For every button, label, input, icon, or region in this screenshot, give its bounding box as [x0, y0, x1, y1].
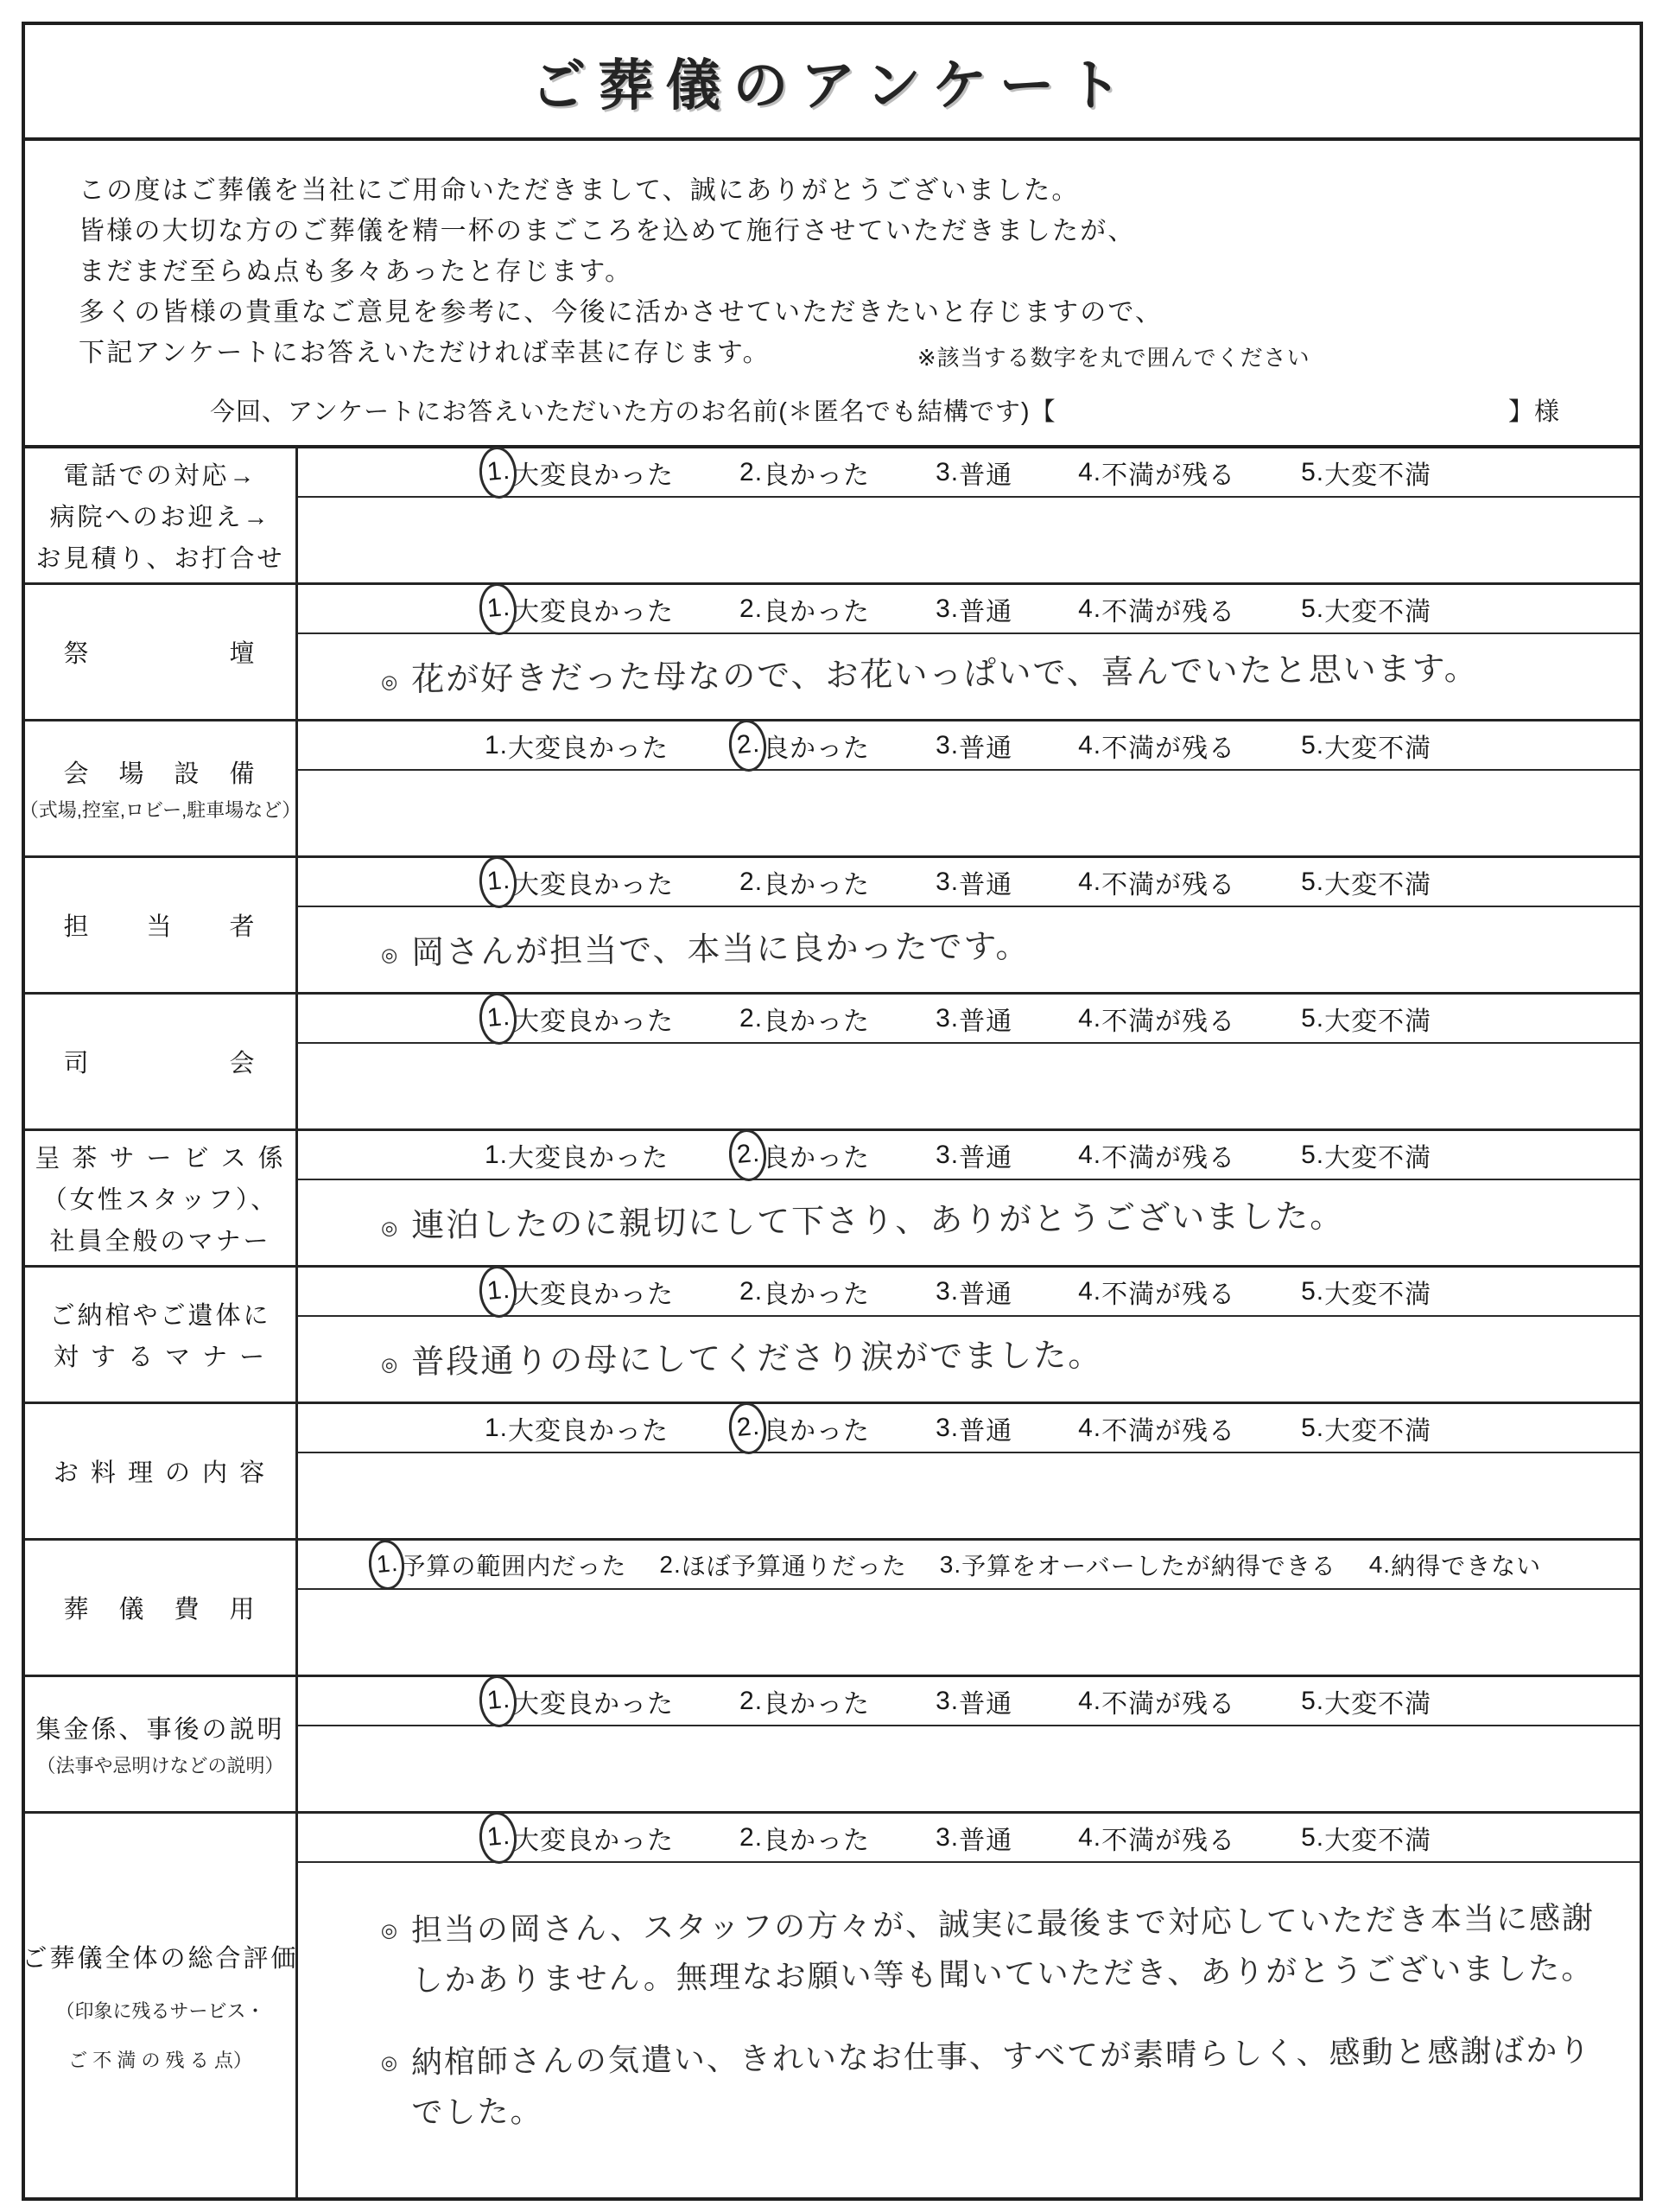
- option-number: 5.: [1301, 1823, 1324, 1853]
- option-label: 大変不満: [1324, 454, 1431, 492]
- comment-area: [298, 498, 1640, 582]
- option-item[interactable]: 2.良かった: [739, 1000, 870, 1038]
- option-item[interactable]: 4.不満が残る: [1078, 1273, 1235, 1311]
- option-number: 1.: [485, 731, 508, 760]
- comment-bullet-icon: ◎: [381, 2051, 397, 2074]
- option-label: 大変不満: [1324, 1136, 1431, 1174]
- option-label: 不満が残る: [1101, 1409, 1235, 1447]
- intro-line: 多くの皆様の貴重なご意見を参考に、今後に活かさせていただきたいと存じますので、: [79, 292, 1605, 333]
- option-label: 大変不満: [1324, 1000, 1431, 1038]
- intro-section: この度はご葬儀を当社にご用命いただきまして、誠にありがとうございました。 皆様の…: [25, 141, 1640, 448]
- option-number: 2.: [739, 1687, 763, 1716]
- name-line-suffix: 】様: [1508, 392, 1560, 428]
- row-label-line: 葬 儀 費 用: [63, 1590, 257, 1625]
- row-label-line: 司 会: [63, 1044, 257, 1079]
- option-number: 2.: [739, 1823, 763, 1853]
- option-label: 大変良かった: [508, 1409, 669, 1447]
- option-number: 3.: [936, 1277, 959, 1306]
- option-item[interactable]: 5.大変不満: [1301, 863, 1431, 901]
- option-item[interactable]: 1.予算の範囲内だった: [374, 1548, 626, 1582]
- option-label: 不満が残る: [1101, 590, 1235, 628]
- row-right-cell: 1.大変良かった2.良かった3.普通4.不満が残る5.大変不満: [298, 721, 1640, 855]
- option-item[interactable]: 3.普通: [936, 863, 1012, 901]
- option-number: 1.: [485, 1141, 508, 1170]
- option-number: 3.: [936, 731, 959, 760]
- option-item[interactable]: 2.良かった: [739, 1819, 870, 1857]
- page-title: ご葬儀のアンケート: [530, 41, 1133, 121]
- option-label: 予算をオーバーしたが納得できる: [961, 1548, 1336, 1582]
- option-label: 大変不満: [1324, 1819, 1431, 1857]
- option-item[interactable]: 2.良かった: [734, 1136, 870, 1174]
- row-label-line: 対 す る マ ナ ー: [54, 1338, 267, 1373]
- option-label: 普通: [959, 1819, 1012, 1857]
- option-label: 良かった: [763, 1409, 870, 1447]
- survey-row: 電話での対応→病院へのお迎え→お見積り、お打合せ 1.大変良かった2.良かった3…: [25, 448, 1640, 585]
- option-label: 大変不満: [1324, 1409, 1431, 1447]
- option-label: 不満が残る: [1101, 1819, 1235, 1857]
- comment-area: [298, 1590, 1640, 1675]
- option-number: 4.: [1078, 458, 1101, 487]
- options-row: 1.大変良かった2.良かった3.普通4.不満が残る5.大変不満: [298, 1814, 1640, 1863]
- handwritten-comment: ◎花が好きだった母なので、お花いっぱいで、喜んでいたと思います。: [381, 645, 1614, 705]
- comment-area: [298, 1453, 1640, 1538]
- name-line-prefix: 今回、アンケートにお答えいただいた方のお名前(＊匿名でも結構です)【: [210, 392, 1056, 428]
- option-label: 不満が残る: [1101, 454, 1235, 492]
- handwritten-comment: ◎担当の岡さん、スタッフの方々が、誠実に最後まで対応していただき本当に感謝しかあ…: [380, 1893, 1614, 2005]
- comment-area: [298, 1726, 1640, 1811]
- option-item[interactable]: 4.納得できない: [1369, 1548, 1541, 1582]
- option-item[interactable]: 3.普通: [936, 1136, 1012, 1174]
- option-label: 予算の範囲内だった: [401, 1548, 626, 1582]
- intro-line: 下記アンケートにお答えいただければ幸甚に存じます。 ※該当する数字を丸で囲んでく…: [79, 333, 1605, 373]
- options-row: 1.大変良かった2.良かった3.普通4.不満が残る5.大変不満: [298, 721, 1640, 771]
- comment-area: [298, 1044, 1640, 1128]
- option-item[interactable]: 5.大変不満: [1301, 1000, 1431, 1038]
- survey-row: 会 場 設 備（式場,控室,ロビー,駐車場など） 1.大変良かった2.良かった3…: [25, 721, 1640, 858]
- option-item[interactable]: 4.不満が残る: [1078, 1682, 1235, 1720]
- row-right-cell: 1.大変良かった2.良かった3.普通4.不満が残る5.大変不満 ◎花が好きだった…: [298, 585, 1640, 719]
- option-label: 良かった: [763, 1682, 870, 1720]
- option-number: 3.: [936, 1823, 959, 1853]
- intro-line-text: 下記アンケートにお答えいただければ幸甚に存じます。: [79, 333, 771, 373]
- option-item[interactable]: 5.大変不満: [1301, 1682, 1431, 1720]
- row-label-line: お 料 理 の 内 容: [54, 1453, 267, 1489]
- option-item[interactable]: 5.大変不満: [1301, 1273, 1431, 1311]
- option-label: 大変良かった: [513, 454, 674, 492]
- option-item[interactable]: 5.大変不満: [1301, 727, 1431, 765]
- option-item[interactable]: 1.大変良かった: [485, 1000, 674, 1038]
- option-label: 大変良かった: [508, 727, 669, 765]
- title-box: ご葬儀のアンケート: [25, 25, 1640, 141]
- option-item[interactable]: 2.良かった: [739, 1273, 870, 1311]
- option-item[interactable]: 1.大変良かった: [485, 1819, 674, 1857]
- option-label: 良かった: [763, 863, 870, 901]
- option-label: 良かった: [763, 590, 870, 628]
- row-label: ご葬儀全体の総合評価（印象に残るサービス・ご 不 満 の 残 る 点）: [25, 1814, 298, 2197]
- option-item[interactable]: 2.良かった: [739, 590, 870, 628]
- option-number: 5.: [1301, 458, 1324, 487]
- option-label: 不満が残る: [1101, 1000, 1235, 1038]
- intro-line: まだまだ至らぬ点も多々あったと存じます。: [79, 251, 1605, 292]
- options-row: 1.大変良かった2.良かった3.普通4.不満が残る5.大変不満: [298, 858, 1640, 907]
- row-right-cell: 1.大変良かった2.良かった3.普通4.不満が残る5.大変不満: [298, 995, 1640, 1128]
- option-label: 普通: [959, 1136, 1012, 1174]
- option-number: 2.: [739, 868, 763, 897]
- option-number: 5.: [1301, 1277, 1324, 1306]
- row-right-cell: 1.大変良かった2.良かった3.普通4.不満が残る5.大変不満: [298, 1677, 1640, 1811]
- option-number: 2.: [739, 458, 763, 487]
- option-label: 良かった: [763, 454, 870, 492]
- option-label: 大変不満: [1324, 1273, 1431, 1311]
- row-label-line: （女性スタッフ）、: [42, 1180, 279, 1216]
- row-right-cell: 1.大変良かった2.良かった3.普通4.不満が残る5.大変不満 ◎担当の岡さん、…: [298, 1814, 1640, 2197]
- intro-line: 皆様の大切な方のご葬儀を精一杯のまごころを込めて施行させていただきましたが、: [79, 211, 1605, 251]
- comment-text: 連泊したのに親切にして下さり、ありがとうございました。: [411, 1193, 1345, 1250]
- option-label: 大変不満: [1324, 863, 1431, 901]
- option-label: 良かった: [763, 1819, 870, 1857]
- option-item[interactable]: 2.良かった: [739, 1682, 870, 1720]
- row-label-subline: （印象に残るサービス・: [55, 1997, 264, 2024]
- option-label: 大変良かった: [513, 1000, 674, 1038]
- option-label: 大変不満: [1324, 1682, 1431, 1720]
- option-number: 3.: [940, 1551, 961, 1579]
- option-label: 大変良かった: [508, 1136, 669, 1174]
- option-number: 5.: [1301, 1141, 1324, 1170]
- option-item[interactable]: 3.普通: [936, 1273, 1012, 1311]
- instruction-note: ※該当する数字を丸で囲んでください: [917, 338, 1310, 378]
- option-item[interactable]: 3.普通: [936, 590, 1012, 628]
- option-item[interactable]: 3.普通: [936, 454, 1012, 492]
- option-item[interactable]: 1.大変良かった: [485, 863, 674, 901]
- option-label: 大変良かった: [513, 1682, 674, 1720]
- name-line: 今回、アンケートにお答えいただいた方のお名前(＊匿名でも結構です)【 】様: [79, 392, 1605, 428]
- comment-text: 普段通りの母にしてくださり涙がでました。: [411, 1332, 1103, 1387]
- comment-bullet-icon: ◎: [381, 1217, 397, 1240]
- option-item[interactable]: 5.大変不満: [1301, 1409, 1431, 1447]
- option-label: 大変良かった: [513, 1273, 674, 1311]
- handwritten-comment: ◎納棺師さんの気遣い、きれいなお仕事、すべてが素晴らしく、感動と感謝ばかりでした…: [380, 2025, 1614, 2138]
- option-item[interactable]: 5.大変不満: [1301, 590, 1431, 628]
- comment-area: ◎担当の岡さん、スタッフの方々が、誠実に最後まで対応していただき本当に感謝しかあ…: [298, 1863, 1640, 2197]
- survey-row: 葬 儀 費 用 1.予算の範囲内だった2.ほぼ予算通りだった3.予算をオーバーし…: [25, 1541, 1640, 1677]
- option-number: 4.: [1078, 1687, 1101, 1716]
- option-item[interactable]: 1.大変良かった: [485, 1409, 669, 1447]
- survey-table: 電話での対応→病院へのお迎え→お見積り、お打合せ 1.大変良かった2.良かった3…: [25, 448, 1640, 2197]
- option-item[interactable]: 1.大変良かった: [485, 1273, 674, 1311]
- survey-row: 呈 茶 サ ー ビ ス 係（女性スタッフ）、社員全般のマナー 1.大変良かった2…: [25, 1131, 1640, 1268]
- option-number: 4.: [1078, 594, 1101, 624]
- row-label: お 料 理 の 内 容: [25, 1404, 298, 1538]
- comment-area: ◎普段通りの母にしてくださり涙がでました。: [298, 1317, 1640, 1402]
- option-item[interactable]: 1.大変良かった: [485, 1136, 669, 1174]
- option-label: 不満が残る: [1101, 1136, 1235, 1174]
- option-item[interactable]: 4.不満が残る: [1078, 590, 1235, 628]
- option-label: 普通: [959, 1273, 1012, 1311]
- options-row: 1.大変良かった2.良かった3.普通4.不満が残る5.大変不満: [298, 585, 1640, 634]
- option-item[interactable]: 3.普通: [936, 1819, 1012, 1857]
- option-label: 不満が残る: [1101, 1273, 1235, 1311]
- handwritten-comment: ◎連泊したのに親切にして下さり、ありがとうございました。: [381, 1191, 1614, 1251]
- comment-text: 納棺師さんの気遣い、きれいなお仕事、すべてが素晴らしく、感動と感謝ばかりでした。: [411, 2025, 1613, 2138]
- option-number: 2.: [739, 1277, 763, 1306]
- option-item[interactable]: 4.不満が残る: [1078, 454, 1235, 492]
- option-item[interactable]: 4.不満が残る: [1078, 1136, 1235, 1174]
- option-label: 大変良かった: [513, 863, 674, 901]
- option-number: 4.: [1078, 1141, 1101, 1170]
- survey-sheet: ご葬儀のアンケート この度はご葬儀を当社にご用命いただきまして、誠にありがとうご…: [22, 22, 1643, 2201]
- option-number: 3.: [936, 868, 959, 897]
- option-label: 大変不満: [1324, 727, 1431, 765]
- option-item[interactable]: 5.大変不満: [1301, 454, 1431, 492]
- option-number: 4.: [1078, 731, 1101, 760]
- option-label: 良かった: [763, 727, 870, 765]
- option-item[interactable]: 1.大変良かった: [485, 727, 669, 765]
- options-row: 1.大変良かった2.良かった3.普通4.不満が残る5.大変不満: [298, 1268, 1640, 1317]
- options-row: 1.大変良かった2.良かった3.普通4.不満が残る5.大変不満: [298, 995, 1640, 1044]
- option-number: 4.: [1078, 1823, 1101, 1853]
- option-number: 4.: [1078, 1414, 1101, 1443]
- option-item[interactable]: 3.普通: [936, 1409, 1012, 1447]
- option-label: 普通: [959, 454, 1012, 492]
- row-label: 葬 儀 費 用: [25, 1541, 298, 1675]
- option-number: 1.: [485, 1414, 508, 1443]
- row-right-cell: 1.大変良かった2.良かった3.普通4.不満が残る5.大変不満 ◎普段通りの母に…: [298, 1268, 1640, 1402]
- row-label: ご納棺やご遺体に対 す る マ ナ ー: [25, 1268, 298, 1402]
- comment-text: 担当の岡さん、スタッフの方々が、誠実に最後まで対応していただき本当に感謝しかあり…: [411, 1893, 1613, 2005]
- row-right-cell: 1.大変良かった2.良かった3.普通4.不満が残る5.大変不満 ◎連泊したのに親…: [298, 1131, 1640, 1265]
- comment-bullet-icon: ◎: [381, 671, 397, 694]
- option-label: ほぼ予算通りだった: [682, 1548, 907, 1582]
- option-item[interactable]: 3.予算をオーバーしたが納得できる: [940, 1548, 1336, 1582]
- options-row: 1.大変良かった2.良かった3.普通4.不満が残る5.大変不満: [298, 1404, 1640, 1453]
- survey-row: お 料 理 の 内 容 1.大変良かった2.良かった3.普通4.不満が残る5.大…: [25, 1404, 1640, 1541]
- option-item[interactable]: 5.大変不満: [1301, 1819, 1431, 1857]
- row-label-line: ご葬儀全体の総合評価: [22, 1939, 299, 1974]
- comment-text: 花が好きだった母なので、お花いっぱいで、喜んでいたと思います。: [411, 646, 1479, 705]
- option-item[interactable]: 2.良かった: [734, 1409, 870, 1447]
- row-label: 担 当 者: [25, 858, 298, 992]
- option-label: 不満が残る: [1101, 727, 1235, 765]
- option-number-circled: 1.: [367, 1538, 407, 1591]
- survey-row: ご納棺やご遺体に対 す る マ ナ ー 1.大変良かった2.良かった3.普通4.…: [25, 1268, 1640, 1404]
- row-label: 呈 茶 サ ー ビ ス 係（女性スタッフ）、社員全般のマナー: [25, 1131, 298, 1265]
- option-number: 3.: [936, 1414, 959, 1443]
- option-item[interactable]: 1.大変良かった: [485, 1682, 674, 1720]
- option-label: 大変不満: [1324, 590, 1431, 628]
- handwritten-comment: ◎普段通りの母にしてくださり涙がでました。: [381, 1327, 1614, 1388]
- row-label-line: 集金係、事後の説明: [35, 1710, 284, 1745]
- row-label-line: 社員全般のマナー: [49, 1222, 270, 1257]
- option-number: 5.: [1301, 594, 1324, 624]
- option-number: 3.: [936, 1141, 959, 1170]
- comment-area: ◎花が好きだった母なので、お花いっぱいで、喜んでいたと思います。: [298, 634, 1640, 719]
- option-item[interactable]: 4.不満が残る: [1078, 727, 1235, 765]
- options-row: 1.大変良かった2.良かった3.普通4.不満が残る5.大変不満: [298, 448, 1640, 498]
- option-item[interactable]: 4.不満が残る: [1078, 1819, 1235, 1857]
- option-item[interactable]: 1.大変良かった: [485, 454, 674, 492]
- row-label: 会 場 設 備（式場,控室,ロビー,駐車場など）: [25, 721, 298, 855]
- option-number: 4.: [1369, 1551, 1391, 1579]
- option-number: 5.: [1301, 731, 1324, 760]
- option-label: 普通: [959, 727, 1012, 765]
- option-label: 良かった: [763, 1136, 870, 1174]
- comment-area: [298, 771, 1640, 855]
- option-item[interactable]: 3.普通: [936, 1000, 1012, 1038]
- option-number: 3.: [936, 594, 959, 624]
- row-right-cell: 1.大変良かった2.良かった3.普通4.不満が残る5.大変不満: [298, 1404, 1640, 1538]
- option-number: 2.: [739, 594, 763, 624]
- row-label-line: 会 場 設 備: [63, 754, 257, 790]
- row-label: 司 会: [25, 995, 298, 1128]
- option-label: 大変良かった: [513, 590, 674, 628]
- option-item[interactable]: 2.良かった: [734, 727, 870, 765]
- option-number: 5.: [1301, 1414, 1324, 1443]
- survey-row: 担 当 者 1.大変良かった2.良かった3.普通4.不満が残る5.大変不満 ◎岡…: [25, 858, 1640, 995]
- row-label-line: 担 当 者: [63, 907, 257, 943]
- row-right-cell: 1.大変良かった2.良かった3.普通4.不満が残る5.大変不満 ◎岡さんが担当で…: [298, 858, 1640, 992]
- comment-area: ◎岡さんが担当で、本当に良かったです。: [298, 907, 1640, 992]
- option-number: 4.: [1078, 868, 1101, 897]
- option-item[interactable]: 4.不満が残る: [1078, 863, 1235, 901]
- option-label: 普通: [959, 590, 1012, 628]
- row-right-cell: 1.大変良かった2.良かった3.普通4.不満が残る5.大変不満: [298, 448, 1640, 582]
- option-number: 4.: [1078, 1277, 1101, 1306]
- option-number: 5.: [1301, 1687, 1324, 1716]
- option-item[interactable]: 2.ほぼ予算通りだった: [659, 1548, 906, 1582]
- row-label-line: 電話での対応→: [63, 456, 257, 492]
- row-right-cell: 1.予算の範囲内だった2.ほぼ予算通りだった3.予算をオーバーしたが納得できる4…: [298, 1541, 1640, 1675]
- option-item[interactable]: 3.普通: [936, 727, 1012, 765]
- option-label: 普通: [959, 1682, 1012, 1720]
- option-item[interactable]: 2.良かった: [739, 863, 870, 901]
- row-label-line: お見積り、お打合せ: [35, 539, 284, 575]
- option-number: 5.: [1301, 1004, 1324, 1033]
- row-label: 電話での対応→病院へのお迎え→お見積り、お打合せ: [25, 448, 298, 582]
- comment-bullet-icon: ◎: [381, 944, 397, 967]
- option-number: 3.: [936, 458, 959, 487]
- option-label: 不満が残る: [1101, 863, 1235, 901]
- comment-bullet-icon: ◎: [381, 1919, 397, 1942]
- row-label-subline: （式場,控室,ロビー,駐車場など）: [20, 796, 301, 823]
- option-label: 良かった: [763, 1273, 870, 1311]
- option-number: 4.: [1078, 1004, 1101, 1033]
- option-item[interactable]: 4.不満が残る: [1078, 1409, 1235, 1447]
- option-item[interactable]: 1.大変良かった: [485, 590, 674, 628]
- option-label: 普通: [959, 863, 1012, 901]
- row-label-line: 呈 茶 サ ー ビ ス 係: [35, 1139, 285, 1174]
- option-label: 大変良かった: [513, 1819, 674, 1857]
- comment-area: ◎連泊したのに親切にして下さり、ありがとうございました。: [298, 1180, 1640, 1265]
- option-item[interactable]: 5.大変不満: [1301, 1136, 1431, 1174]
- option-item[interactable]: 3.普通: [936, 1682, 1012, 1720]
- survey-row: 司 会 1.大変良かった2.良かった3.普通4.不満が残る5.大変不満: [25, 995, 1640, 1131]
- option-label: 普通: [959, 1409, 1012, 1447]
- option-number: 3.: [936, 1004, 959, 1033]
- option-number: 2.: [739, 1004, 763, 1033]
- option-number: 3.: [936, 1687, 959, 1716]
- survey-row: ご葬儀全体の総合評価（印象に残るサービス・ご 不 満 の 残 る 点） 1.大変…: [25, 1814, 1640, 2197]
- row-label-line: 祭 壇: [63, 634, 257, 670]
- row-label-subline: （法事や忌明けなどの説明）: [36, 1751, 283, 1778]
- intro-line: この度はご葬儀を当社にご用命いただきまして、誠にありがとうございました。: [79, 170, 1605, 211]
- options-row: 1.大変良かった2.良かった3.普通4.不満が残る5.大変不満: [298, 1131, 1640, 1180]
- option-label: 良かった: [763, 1000, 870, 1038]
- row-label: 集金係、事後の説明（法事や忌明けなどの説明）: [25, 1677, 298, 1811]
- options-row: 1.予算の範囲内だった2.ほぼ予算通りだった3.予算をオーバーしたが納得できる4…: [298, 1541, 1640, 1590]
- option-number: 2.: [659, 1551, 681, 1579]
- option-item[interactable]: 4.不満が残る: [1078, 1000, 1235, 1038]
- option-label: 不満が残る: [1101, 1682, 1235, 1720]
- option-item[interactable]: 2.良かった: [739, 454, 870, 492]
- comment-bullet-icon: ◎: [381, 1354, 397, 1376]
- option-label: 普通: [959, 1000, 1012, 1038]
- row-label-subline: ご 不 満 の 残 る 点）: [68, 2046, 252, 2073]
- option-number: 5.: [1301, 868, 1324, 897]
- handwritten-comment: ◎岡さんが担当で、本当に良かったです。: [381, 918, 1614, 978]
- comment-text: 岡さんが担当で、本当に良かったです。: [411, 924, 1031, 978]
- row-label-line: ご納棺やご遺体に: [49, 1296, 270, 1332]
- row-label-line: 病院へのお迎え→: [49, 498, 270, 533]
- survey-row: 集金係、事後の説明（法事や忌明けなどの説明） 1.大変良かった2.良かった3.普…: [25, 1677, 1640, 1814]
- row-label: 祭 壇: [25, 585, 298, 719]
- options-row: 1.大変良かった2.良かった3.普通4.不満が残る5.大変不満: [298, 1677, 1640, 1726]
- survey-row: 祭 壇 1.大変良かった2.良かった3.普通4.不満が残る5.大変不満 ◎花が好…: [25, 585, 1640, 721]
- option-label: 納得できない: [1391, 1548, 1541, 1582]
